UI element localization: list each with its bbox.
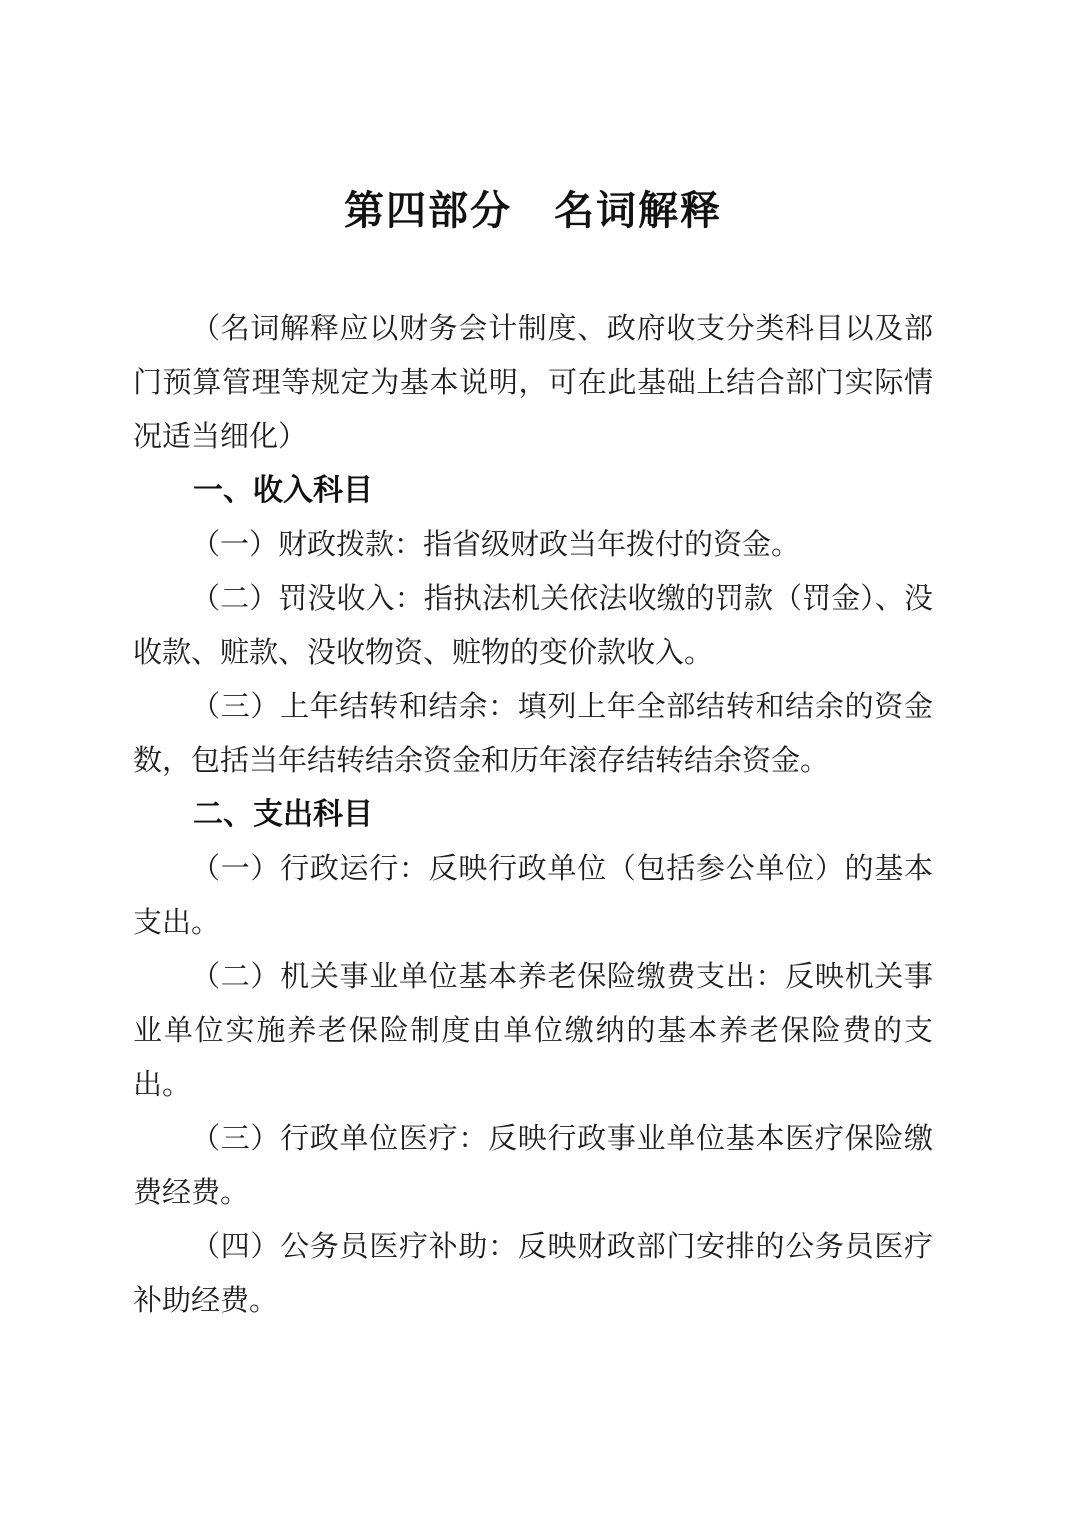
glossary-item-administrative-operation: （一）行政运行：反映行政单位（包括参公单位）的基本支出。 (133, 842, 933, 950)
glossary-item-unit-medical: （三）行政单位医疗：反映行政事业单位基本医疗保险缴费经费。 (133, 1112, 933, 1220)
document-title: 第四部分 名词解释 (133, 186, 933, 236)
glossary-item-fiscal-appropriation: （一）财政拨款：指省级财政当年拨付的资金。 (133, 518, 933, 572)
glossary-item-carryover-surplus: （三）上年结转和结余：填列上年全部结转和结余的资金数，包括当年结转结余资金和历年… (133, 680, 933, 788)
document-body: （名词解释应以财务会计制度、政府收支分类科目以及部门预算管理等规定为基本说明，可… (133, 302, 933, 1328)
section-heading-income: 一、收入科目 (133, 464, 933, 518)
glossary-item-pension-contribution: （二）机关事业单位基本养老保险缴费支出：反映机关事业单位实施养老保险制度由单位缴… (133, 950, 933, 1112)
section-heading-expenditure: 二、支出科目 (133, 788, 933, 842)
glossary-intro-note: （名词解释应以财务会计制度、政府收支分类科目以及部门预算管理等规定为基本说明，可… (133, 302, 933, 464)
glossary-item-confiscation-income: （二）罚没收入：指执法机关依法收缴的罚款（罚金）、没收款、赃款、没收物资、赃物的… (133, 572, 933, 680)
glossary-item-civil-servant-medical-subsidy: （四）公务员医疗补助：反映财政部门安排的公务员医疗补助经费。 (133, 1220, 933, 1328)
document-page: 第四部分 名词解释 （名词解释应以财务会计制度、政府收支分类科目以及部门预算管理… (0, 0, 1074, 1520)
